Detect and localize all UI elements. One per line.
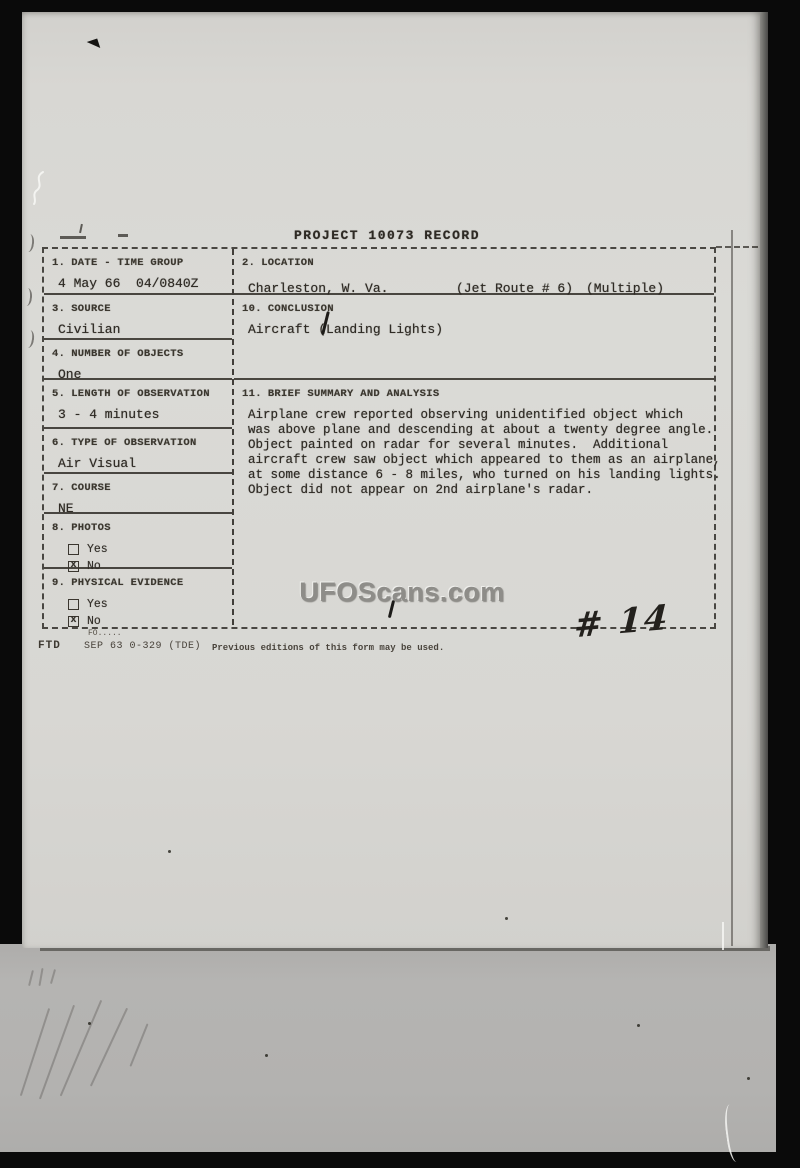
field-value: Civilian — [58, 322, 226, 337]
film-scratch — [38, 968, 43, 986]
form-note: Previous editions of this form may be us… — [212, 643, 444, 653]
checkbox-yes — [68, 544, 79, 555]
checkbox-label: No — [87, 615, 101, 628]
field-date-time-group: 1.DATE - TIME GROUP 4 May 66 04/0840Z — [44, 249, 232, 295]
ink-mark — [23, 329, 35, 348]
ink-mark — [21, 288, 32, 307]
dust-speck — [637, 1024, 640, 1027]
field-value: 3 - 4 minutes — [58, 407, 226, 422]
film-scratch — [60, 1000, 102, 1096]
physical-evidence-no-option: xNo — [68, 615, 226, 628]
field-label: BRIEF SUMMARY AND ANALYSIS — [268, 388, 440, 400]
field-label: CONCLUSION — [268, 303, 334, 315]
form-id: SEP 63 0-329 (TDE) — [84, 641, 201, 652]
field-location: 2.LOCATION Charleston, W. Va. (Jet Route… — [234, 249, 714, 295]
field-value: 4 May 66 04/0840Z — [58, 276, 226, 291]
field-number: 4. — [52, 348, 65, 360]
field-type-of-observation: 6.TYPE OF OBSERVATION Air Visual — [44, 429, 232, 474]
summary-line: Airplane crew reported observing unident… — [248, 408, 708, 423]
field-number: 11. — [242, 388, 262, 400]
film-scratch — [28, 970, 33, 986]
field-value: Air Visual — [58, 456, 226, 471]
film-scratch-white — [722, 1103, 746, 1163]
ink-mark — [118, 234, 128, 237]
summary-line: Object did not appear on 2nd airplane's … — [248, 483, 708, 498]
field-label: SOURCE — [71, 303, 111, 315]
field-label: COURSE — [71, 482, 111, 494]
field-source: 3.SOURCE Civilian — [44, 295, 232, 340]
summary-line: Object painted on radar for several minu… — [248, 438, 708, 453]
form-title: PROJECT 10073 RECORD — [152, 228, 622, 243]
field-label: PHOTOS — [71, 522, 111, 534]
film-scratch — [90, 1008, 128, 1087]
document-page: PROJECT 10073 RECORD 1.DATE - TIME GROUP… — [22, 12, 760, 948]
field-number: 5. — [52, 388, 65, 400]
ruled-line — [716, 246, 758, 248]
field-number: 3. — [52, 303, 65, 315]
dust-speck — [88, 1022, 91, 1025]
field-number: 7. — [52, 482, 65, 494]
film-scratch-white — [722, 922, 724, 950]
checkbox-no: x — [68, 616, 79, 627]
summary-line: at some distance 6 - 8 miles, who turned… — [248, 468, 708, 483]
handwritten-case-number: # 14 — [573, 598, 670, 647]
film-scratch — [50, 969, 56, 984]
location-multiple: (Multiple) — [586, 281, 664, 296]
dust-speck — [505, 917, 508, 920]
field-label: NUMBER OF OBJECTS — [71, 348, 183, 360]
ink-blot — [87, 39, 101, 52]
field-number: 1. — [52, 257, 65, 269]
summary-text: Airplane crew reported observing unident… — [248, 408, 708, 498]
location-value: Charleston, W. Va. — [248, 281, 388, 296]
dust-speck — [168, 850, 171, 853]
field-conclusion: 10.CONCLUSION Aircraft (Landing Lights) — [234, 295, 714, 380]
checkbox-label: Yes — [87, 543, 108, 556]
ink-mark — [60, 236, 86, 239]
page-edge-strip — [760, 12, 768, 948]
ink-mark — [79, 224, 83, 233]
dust-speck — [265, 1054, 268, 1057]
film-scratch-white — [30, 170, 46, 206]
field-number: 10. — [242, 303, 262, 315]
field-value: Aircraft (Landing Lights) — [248, 322, 708, 337]
summary-line: aircraft crew saw object which appeared … — [248, 453, 708, 468]
field-label: LOCATION — [261, 257, 314, 269]
field-number: 8. — [52, 522, 65, 534]
field-label: TYPE OF OBSERVATION — [71, 437, 196, 449]
field-photos: 8.PHOTOS Yes xNo — [44, 514, 232, 569]
field-length-of-observation: 5.LENGTH OF OBSERVATION 3 - 4 minutes — [44, 380, 232, 429]
microfilm-scan: PROJECT 10073 RECORD 1.DATE - TIME GROUP… — [0, 0, 800, 1168]
ink-mark — [23, 234, 35, 253]
form-word: FO..... — [88, 629, 122, 638]
form-agency-code: FTD — [38, 640, 61, 652]
backing-surface — [0, 944, 776, 1152]
dust-speck — [747, 1077, 750, 1080]
field-label: DATE - TIME GROUP — [71, 257, 183, 269]
photos-yes-option: Yes — [68, 543, 226, 556]
field-number: 6. — [52, 437, 65, 449]
field-course: 7.COURSE NE — [44, 474, 232, 514]
record-form: 1.DATE - TIME GROUP 4 May 66 04/0840Z 3.… — [42, 247, 716, 629]
location-route: (Jet Route # 6) — [456, 281, 573, 296]
summary-line: was above plane and descending at about … — [248, 423, 708, 438]
film-scratch — [129, 1023, 148, 1066]
field-number: 2. — [242, 257, 255, 269]
field-label: LENGTH OF OBSERVATION — [71, 388, 210, 400]
field-number-of-objects: 4.NUMBER OF OBJECTS One — [44, 340, 232, 380]
